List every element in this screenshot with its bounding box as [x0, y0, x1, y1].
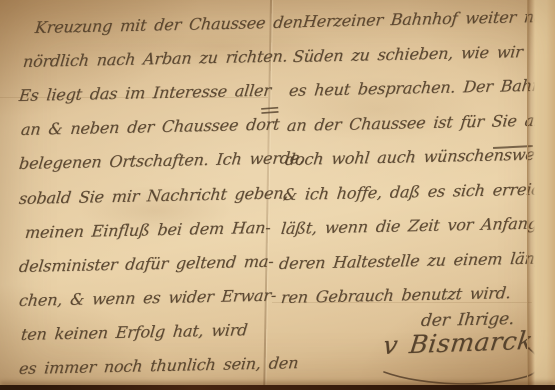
- fold-continuation-mark: =: [258, 97, 283, 123]
- handwritten-line: an der Chaussee ist für Sie aber: [286, 110, 555, 136]
- handwritten-line: Kreuzung mit der Chaussee den: [34, 12, 304, 38]
- paper-edge-band: [527, 0, 555, 390]
- handwritten-line: doch wohl auch wünschenswerther,: [284, 144, 555, 170]
- letter-photograph: Kreuzung mit der Chaussee den nördlich n…: [0, 0, 555, 390]
- handwritten-line: an & neben der Chaussee dort: [20, 115, 280, 140]
- handwritten-line: Süden zu schieben, wie wir: [292, 42, 524, 67]
- handwritten-line: delsminister dafür geltend ma-: [18, 252, 274, 277]
- handwritten-line: ren Gebrauch benutzt wird.: [280, 283, 512, 308]
- handwritten-line: nördlich nach Arban zu richten.: [22, 46, 289, 72]
- handwritten-line: sobald Sie mir Nachricht geben,: [18, 183, 289, 209]
- handwritten-line: meinen Einfluß bei dem Han-: [24, 218, 271, 243]
- photo-bottom-shadow: [0, 385, 555, 390]
- signature: v Bismarck: [382, 331, 534, 356]
- handwritten-line: Es liegt das im Interesse aller: [18, 81, 272, 106]
- handwritten-line: Herzeiner Bahnhof weiter nach: [302, 7, 555, 32]
- letter-page-left: Kreuzung mit der Chaussee den nördlich n…: [16, 0, 266, 390]
- handwritten-line: & ich hoffe, daß es sich erreichen: [282, 179, 555, 205]
- letter-page-right: Herzeiner Bahnhof weiter nach Süden zu s…: [286, 0, 548, 390]
- handwritten-line: es heut besprachen. Der Bahnhof: [288, 75, 555, 101]
- handwritten-line: es immer noch thunlich sein, den: [18, 353, 299, 379]
- handwritten-line: belegenen Ortschaften. Ich werde,: [18, 148, 305, 174]
- handwritten-line: läßt, wenn die Zeit vor Anfang: [280, 214, 539, 239]
- handwritten-line: deren Haltestelle zu einem länge-: [278, 248, 555, 274]
- handwritten-line: ten keinen Erfolg hat, wird: [20, 320, 248, 345]
- handwritten-line: chen, & wenn es wider Erwar-: [18, 286, 277, 311]
